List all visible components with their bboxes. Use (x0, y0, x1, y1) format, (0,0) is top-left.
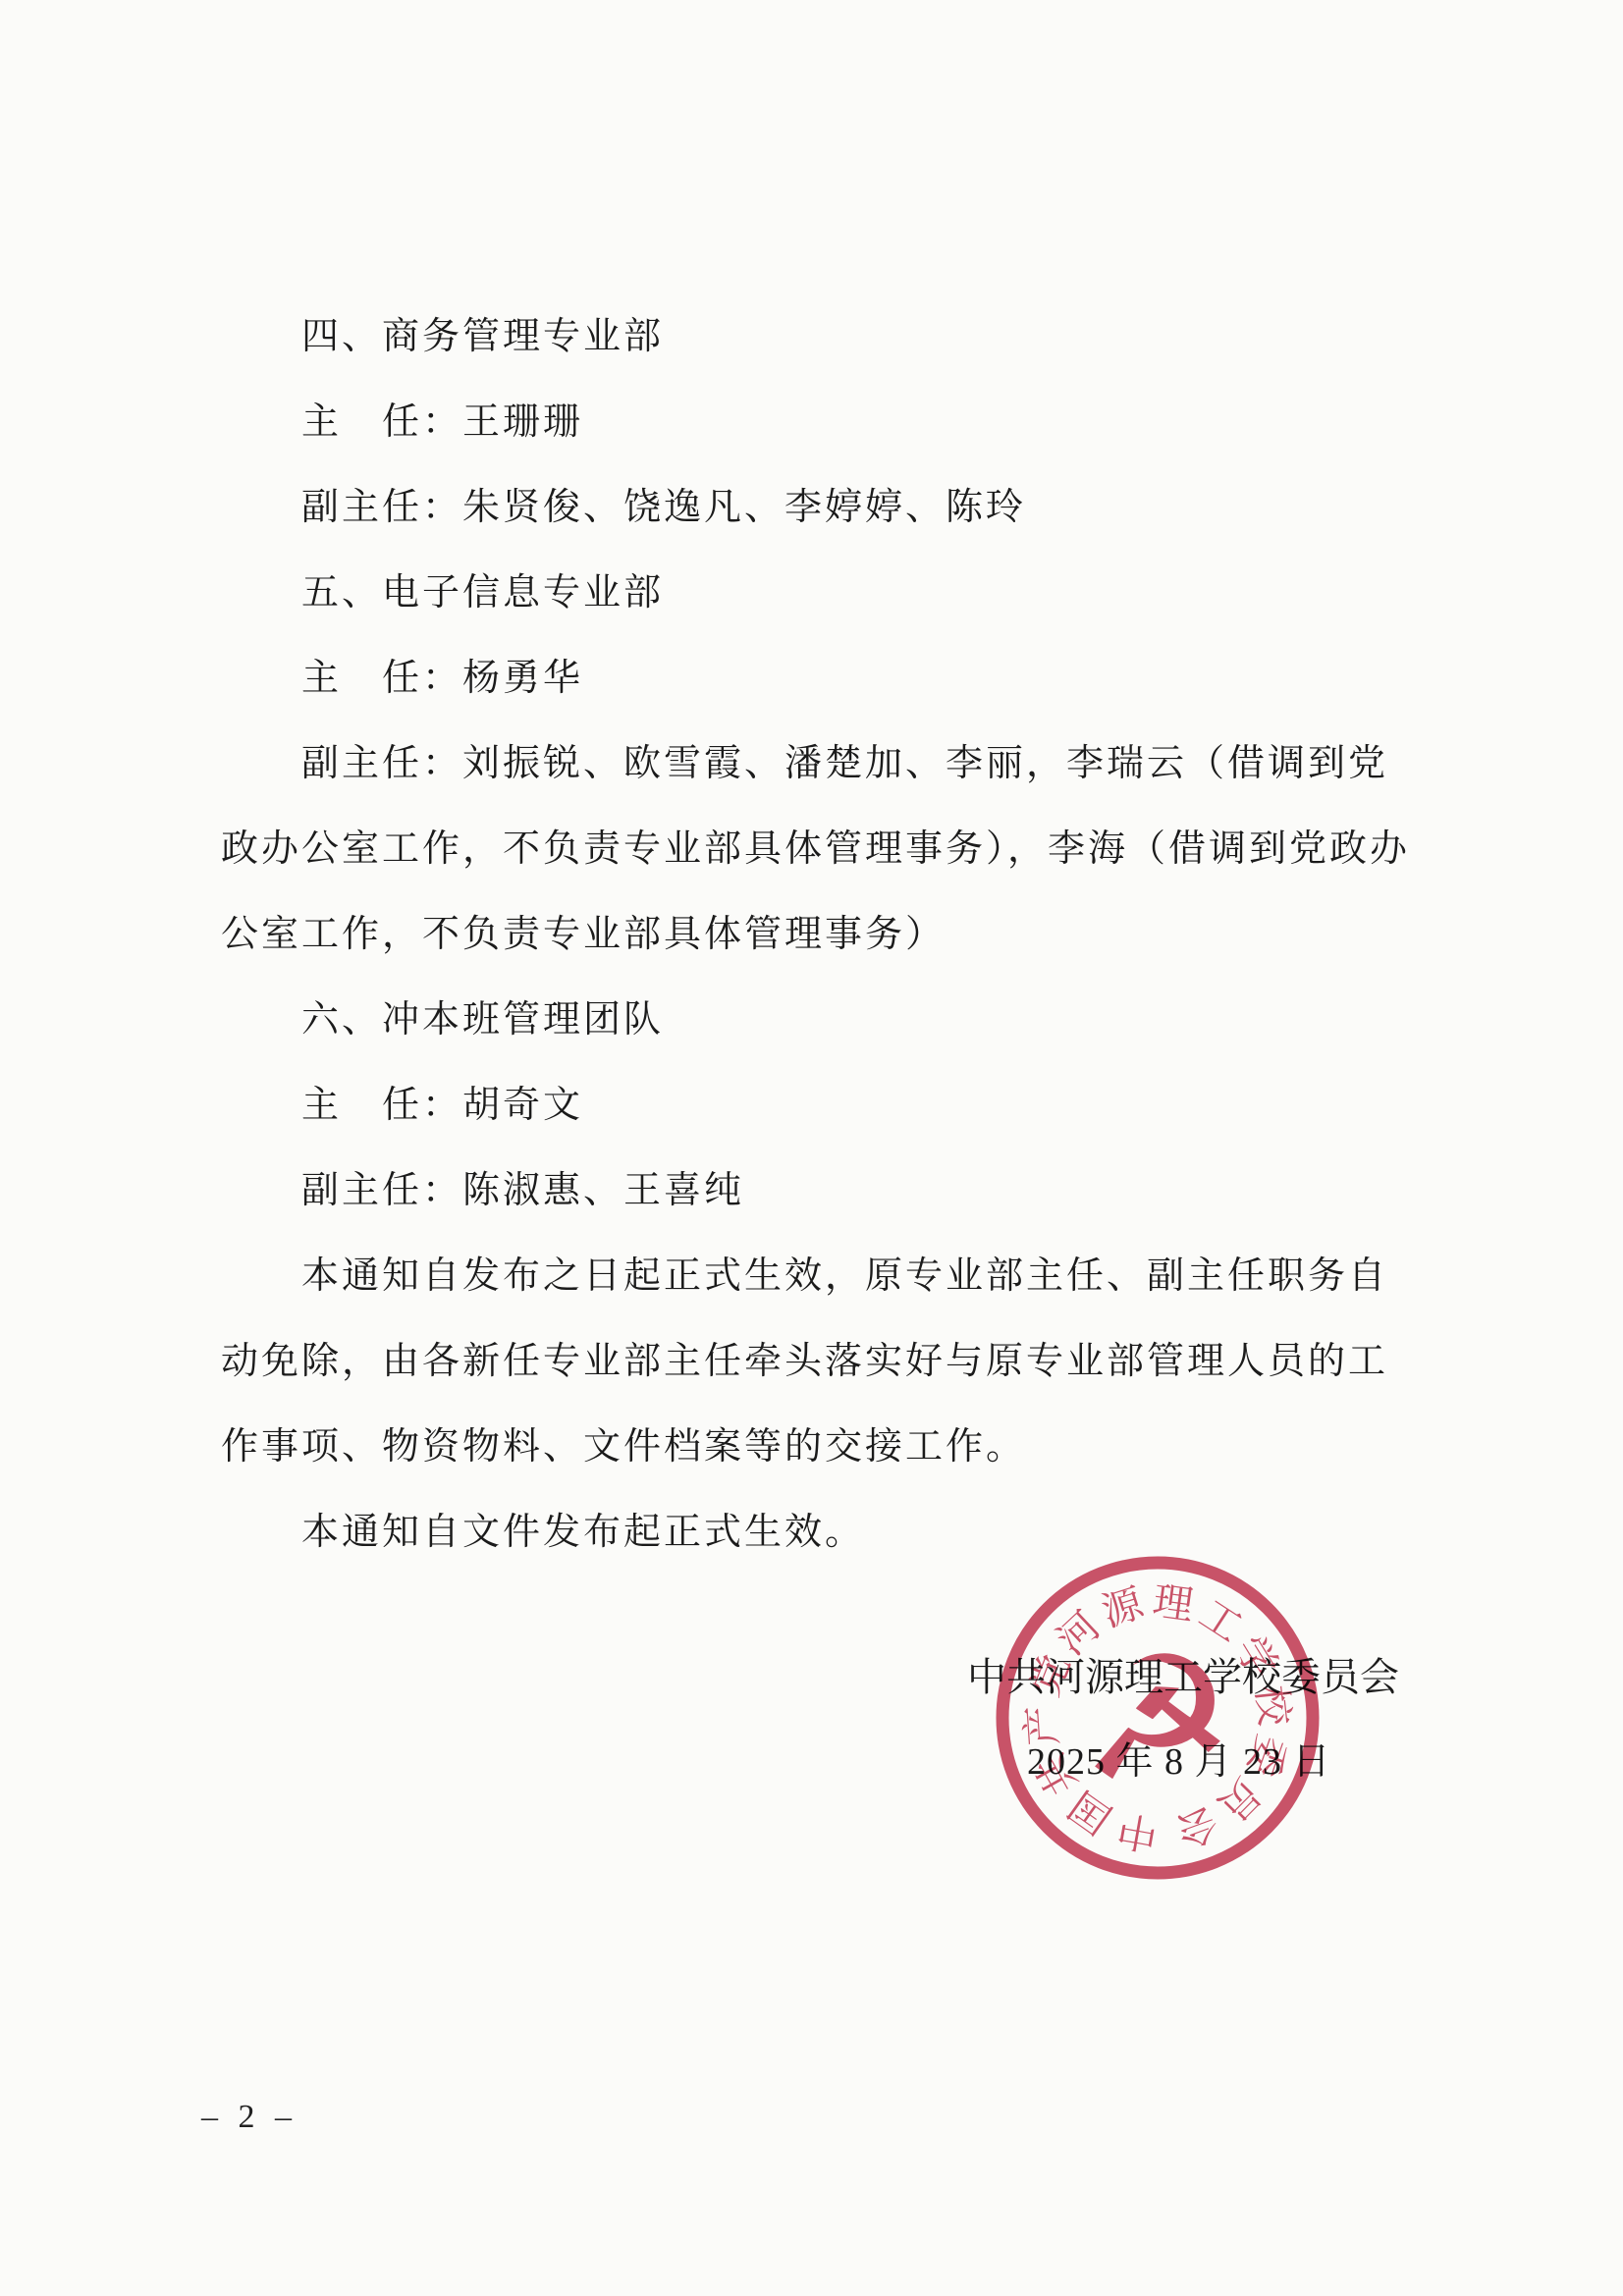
body-line: 公室工作，不负责专业部具体管理事务） (221, 892, 1488, 978)
svg-text:党: 党 (1021, 1648, 1078, 1702)
body-line: 副主任：陈淑惠、王喜纯 (221, 1148, 1488, 1234)
body-line: 主 任：胡奇文 (221, 1063, 1488, 1148)
svg-text:共: 共 (1027, 1746, 1086, 1803)
svg-text:产: 产 (1018, 1704, 1066, 1747)
body-line: 本通知自发布之日起正式生效，原专业部主任、副主任职务自 (221, 1234, 1488, 1319)
svg-text:☭: ☭ (1081, 1621, 1235, 1820)
body-line: 四、商务管理专业部 (221, 294, 1488, 380)
body-line: 副主任：朱贤俊、饶逸凡、李婷婷、陈玲 (221, 465, 1488, 551)
svg-text:学: 学 (1226, 1629, 1286, 1686)
svg-text:委: 委 (1239, 1730, 1295, 1783)
body-line: 主 任：杨勇华 (221, 636, 1488, 721)
body-line: 动免除，由各新任专业部主任牵头落实好与原专业部管理人员的工 (221, 1319, 1488, 1405)
document-body: 四、商务管理专业部主 任：王珊珊副主任：朱贤俊、饶逸凡、李婷婷、陈玲五、电子信息… (221, 294, 1488, 1575)
body-line: 主 任：王珊珊 (221, 380, 1488, 465)
body-line: 六、冲本班管理团队 (221, 978, 1488, 1063)
svg-text:校: 校 (1248, 1683, 1297, 1730)
document-page: 四、商务管理专业部主 任：王珊珊副主任：朱贤俊、饶逸凡、李婷婷、陈玲五、电子信息… (0, 0, 1623, 2296)
official-seal-icon: 中国共产党河源理工学校委员会☭ (989, 1549, 1326, 1887)
body-line: 副主任：刘振锐、欧雪霞、潘楚加、李丽，李瑞云（借调到党 (221, 721, 1488, 807)
body-line: 政办公室工作，不负责专业部具体管理事务），李海（借调到党政办 (221, 807, 1488, 892)
body-line: 五、电子信息专业部 (221, 551, 1488, 636)
body-line: 作事项、物资物料、文件档案等的交接工作。 (221, 1405, 1488, 1490)
page-number: – 2 – (201, 2099, 298, 2136)
